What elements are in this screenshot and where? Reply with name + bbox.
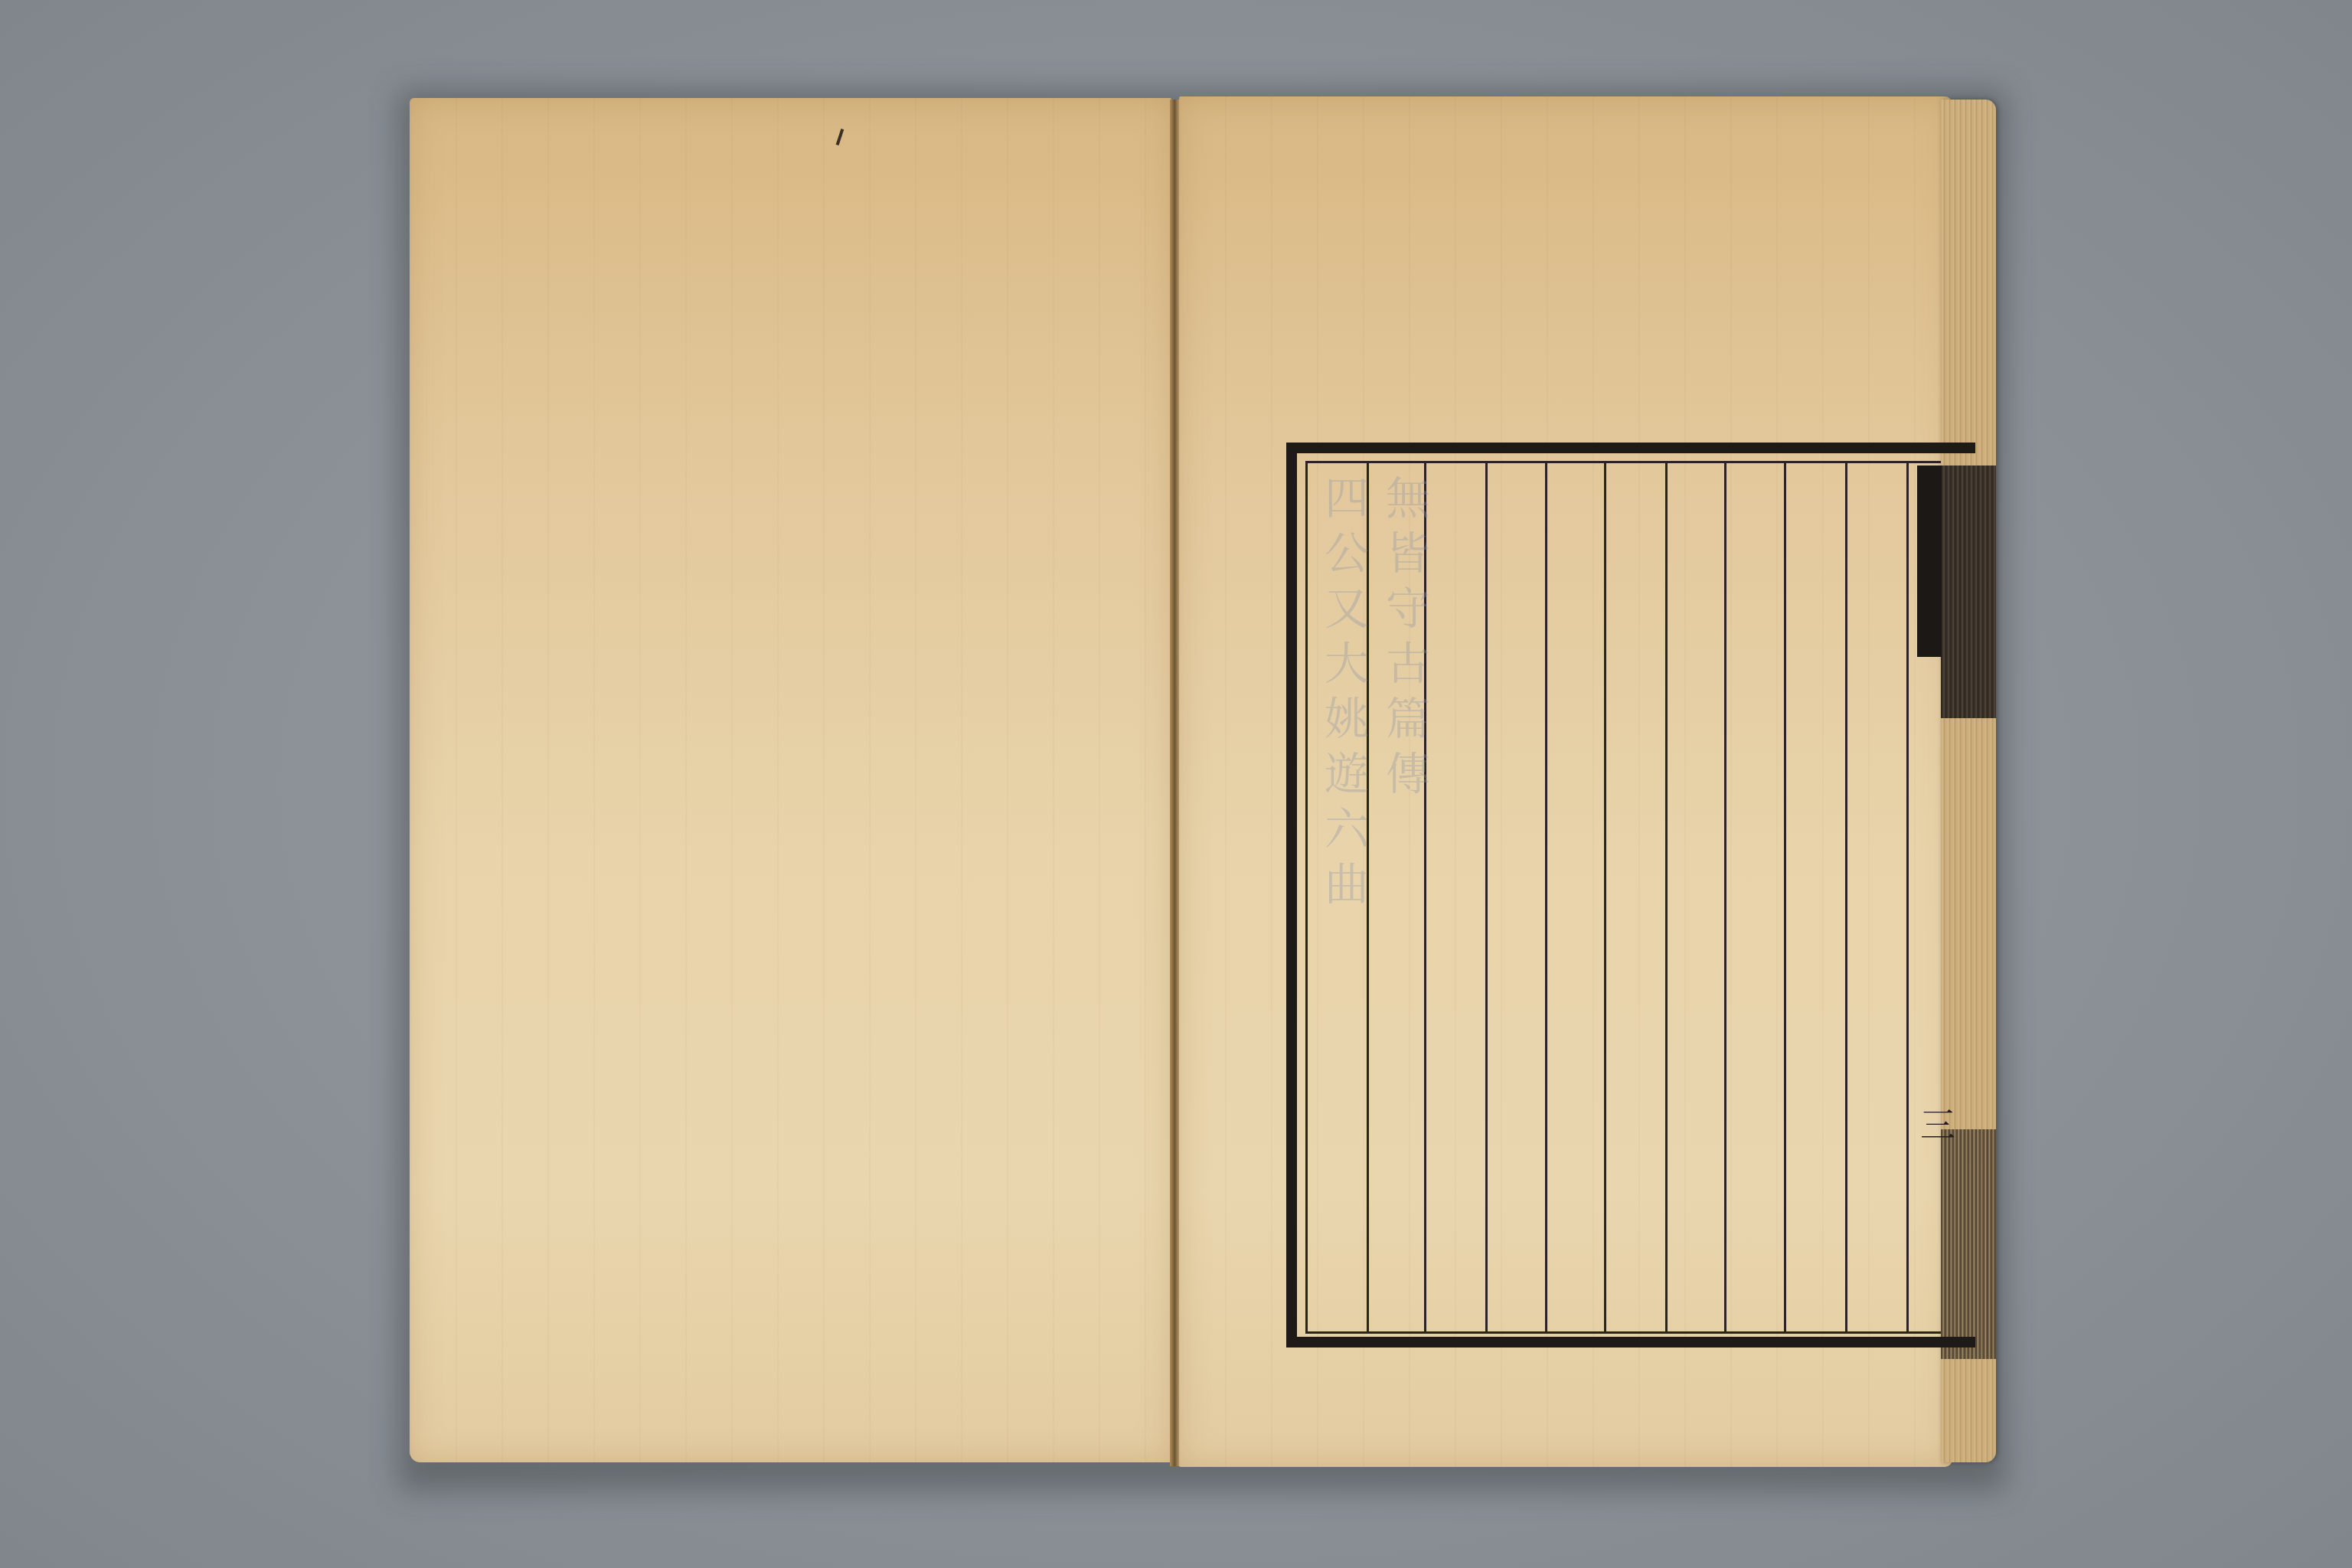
column-rule xyxy=(1845,463,1847,1332)
column-rule xyxy=(1604,463,1606,1332)
show-through-text: 四公又大姚遊六曲 xyxy=(1311,475,1375,916)
column-rule xyxy=(1784,463,1786,1332)
left-page xyxy=(410,98,1171,1462)
paper-speck xyxy=(836,129,844,145)
column-rule xyxy=(1906,463,1909,1332)
column-rule xyxy=(1724,463,1726,1332)
show-through-text: 無皆守古篇傳 xyxy=(1372,475,1436,805)
column-rule xyxy=(1665,463,1668,1332)
banxin-fish-tail-mark xyxy=(1917,465,1942,657)
column-rule xyxy=(1545,463,1547,1332)
column-rule xyxy=(1485,463,1488,1332)
page-number-mark: 三 xyxy=(1920,1107,1955,1142)
